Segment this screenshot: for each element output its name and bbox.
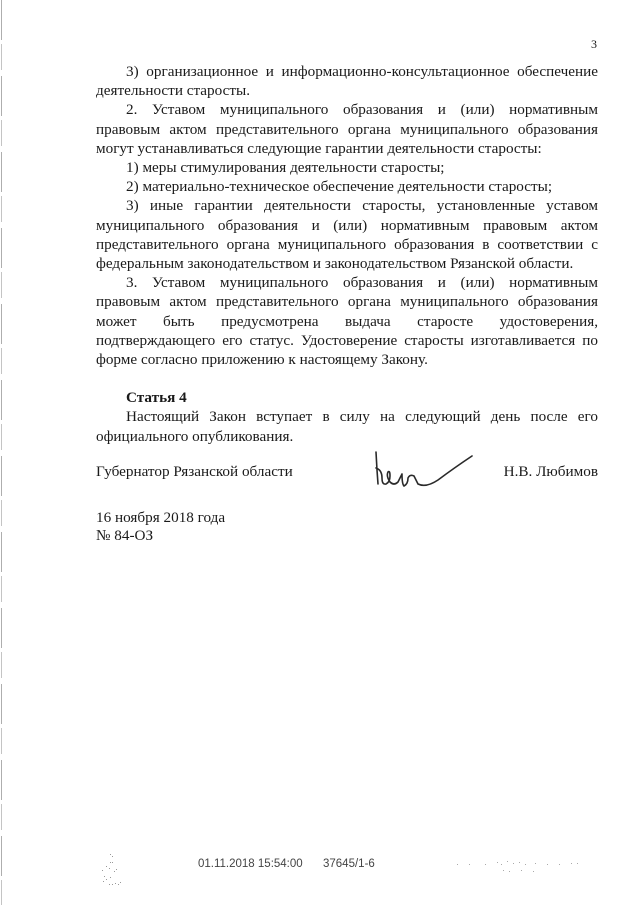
law-date-number: 16 ноября 2018 года № 84-ОЗ <box>96 509 225 544</box>
paragraph: 3) иные гарантии деятельности старосты, … <box>96 196 598 273</box>
spacer <box>96 369 598 388</box>
law-number: № 84-ОЗ <box>96 527 225 545</box>
paragraph: 2) материально-техническое обеспечение д… <box>96 177 598 196</box>
scan-noise-stamp-icon <box>96 852 126 892</box>
paragraph: 3) организационное и информационно-консу… <box>96 62 598 100</box>
law-date: 16 ноября 2018 года <box>96 509 225 527</box>
footer-doc-id: 37645/1-6 <box>323 858 375 870</box>
footer-timestamp: 01.11.2018 15:54:00 <box>198 858 303 870</box>
scan-edge-artifact <box>1 0 2 905</box>
scan-noise-icon <box>455 858 595 878</box>
signatory-name: Н.В. Любимов <box>504 462 598 481</box>
paragraph: 3. Уставом муниципального образования и … <box>96 273 598 369</box>
article-title: Статья 4 <box>96 388 598 407</box>
paragraph: 2. Уставом муниципального образования и … <box>96 100 598 158</box>
signatory-position: Губернатор Рязанской области <box>96 462 293 481</box>
document-body: 3) организационное и информационно-консу… <box>96 62 598 446</box>
paragraph: 1) меры стимулирования деятельности стар… <box>96 158 598 177</box>
page-number: 3 <box>591 37 597 52</box>
handwritten-signature-icon <box>368 448 478 493</box>
article-text: Настоящий Закон вступает в силу на следу… <box>96 407 598 445</box>
